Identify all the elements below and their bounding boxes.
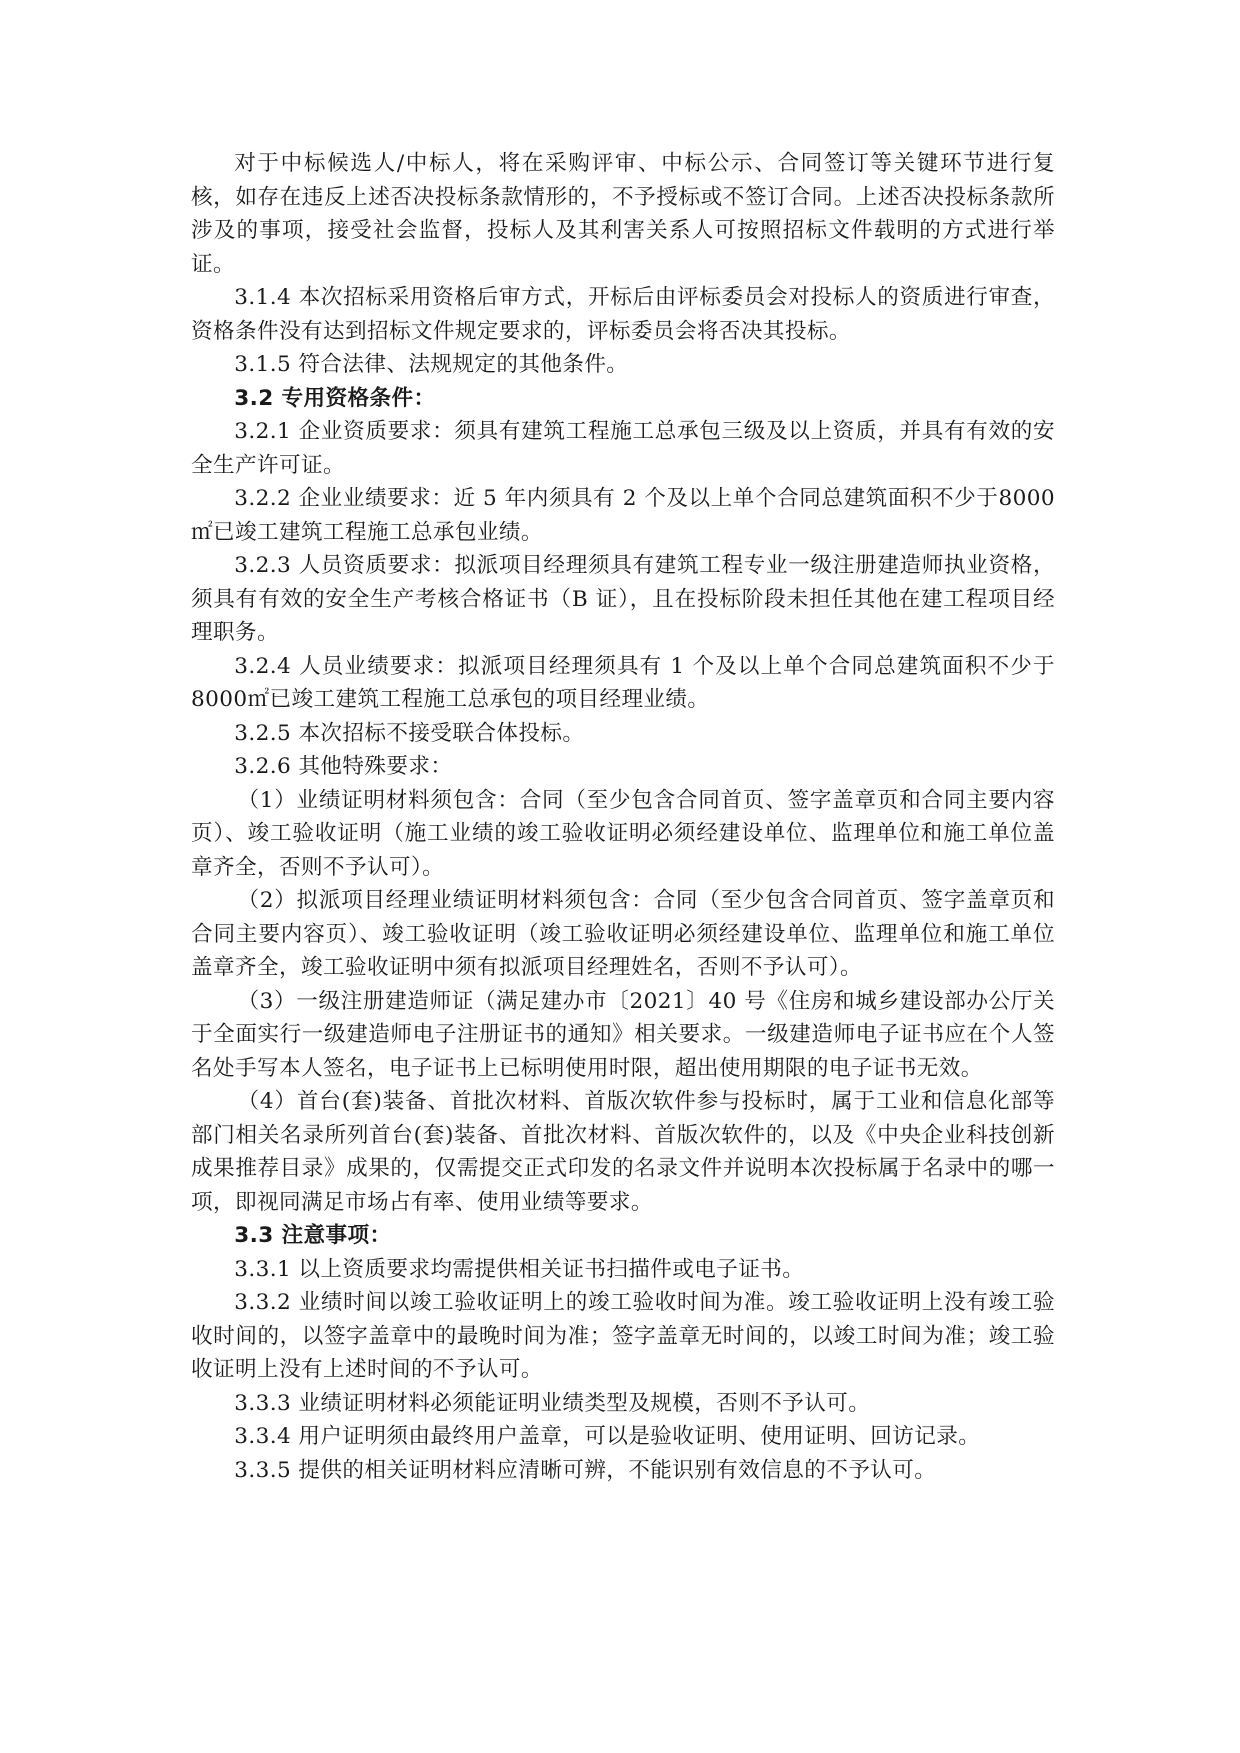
paragraph-3-3-2: 3.3.2 业绩时间以竣工验收证明上的竣工验收时间为准。竣工验收证明上没有竣工验… bbox=[191, 1286, 1055, 1387]
paragraph-3-3-3: 3.3.3 业绩证明材料必须能证明业绩类型及规模，否则不予认可。 bbox=[191, 1387, 1055, 1421]
paragraph-3-2-5: 3.2.5 本次招标不接受联合体投标。 bbox=[191, 717, 1055, 751]
paragraph-3-2-6-item-1: （1）业绩证明材料须包含：合同（至少包含合同首页、签字盖章页和合同主要内容页）、… bbox=[191, 784, 1055, 885]
paragraph-3-3-1: 3.3.1 以上资质要求均需提供相关证书扫描件或电子证书。 bbox=[191, 1253, 1055, 1287]
heading-3-2: 3.2 专用资格条件： bbox=[191, 382, 1055, 416]
paragraph-3-2-6-item-2: （2）拟派项目经理业绩证明材料须包含：合同（至少包含合同首页、签字盖章页和合同主… bbox=[191, 884, 1055, 985]
paragraph-review-notice: 对于中标候选人/中标人，将在采购评审、中标公示、合同签订等关键环节进行复核，如存… bbox=[191, 147, 1055, 281]
paragraph-3-2-4: 3.2.4 人员业绩要求：拟派项目经理须具有 1 个及以上单个合同总建筑面积不少… bbox=[191, 650, 1055, 717]
paragraph-3-1-5: 3.1.5 符合法律、法规规定的其他条件。 bbox=[191, 348, 1055, 382]
paragraph-3-3-4: 3.3.4 用户证明须由最终用户盖章，可以是验收证明、使用证明、回访记录。 bbox=[191, 1420, 1055, 1454]
paragraph-3-2-6-item-4: （4）首台(套)装备、首批次材料、首版次软件参与投标时，属于工业和信息化部等部门… bbox=[191, 1085, 1055, 1219]
paragraph-3-3-5: 3.3.5 提供的相关证明材料应清晰可辨，不能识别有效信息的不予认可。 bbox=[191, 1454, 1055, 1488]
paragraph-3-2-6-item-3: （3）一级注册建造师证（满足建办市〔2021〕40 号《住房和城乡建设部办公厅关… bbox=[191, 985, 1055, 1086]
document-page: 对于中标候选人/中标人，将在采购评审、中标公示、合同签订等关键环节进行复核，如存… bbox=[191, 147, 1055, 1487]
paragraph-3-2-3: 3.2.3 人员资质要求：拟派项目经理须具有建筑工程专业一级注册建造师执业资格，… bbox=[191, 549, 1055, 650]
heading-3-3: 3.3 注意事项： bbox=[191, 1219, 1055, 1253]
paragraph-3-2-1: 3.2.1 企业资质要求：须具有建筑工程施工总承包三级及以上资质，并具有有效的安… bbox=[191, 415, 1055, 482]
paragraph-3-2-2: 3.2.2 企业业绩要求：近 5 年内须具有 2 个及以上单个合同总建筑面积不少… bbox=[191, 482, 1055, 549]
paragraph-3-1-4: 3.1.4 本次招标采用资格后审方式，开标后由评标委员会对投标人的资质进行审查，… bbox=[191, 281, 1055, 348]
paragraph-3-2-6: 3.2.6 其他特殊要求： bbox=[191, 750, 1055, 784]
